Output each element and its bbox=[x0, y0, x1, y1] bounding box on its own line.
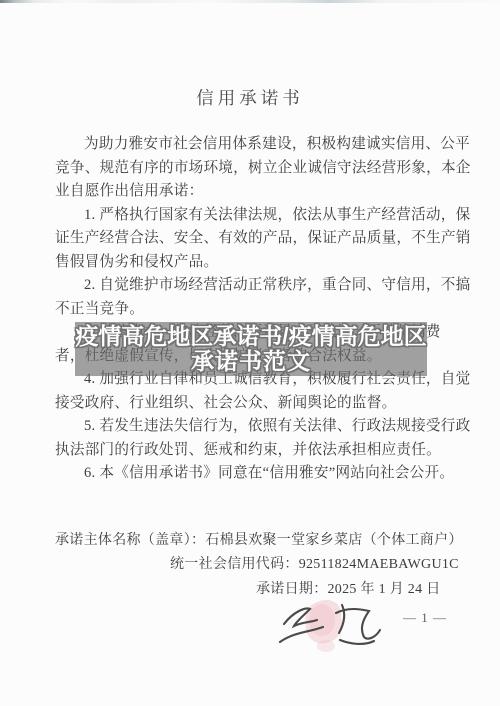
body-line: 证生产经营合法、安全、有效的产品，保证产品质量，不生产销 bbox=[55, 227, 465, 251]
body-line: 执法部门的行政处罚、惩戒和约束，并依法承担相应责任。 bbox=[55, 439, 465, 463]
watermark-banner: 疫情高危地区承诺书/疫情高危地区 承诺书范文 bbox=[75, 322, 427, 376]
seal-smudge bbox=[306, 600, 342, 652]
document-title: 信用承诺书 bbox=[0, 85, 500, 109]
subject-name-line: 承诺主体名称（盖章）：石棉县欢聚一堂家乡菜店（个体工商户） bbox=[55, 529, 465, 553]
watermark-title-line1: 疫情高危地区承诺书/疫情高危地区 bbox=[75, 324, 426, 349]
body-line: 接受政府、行业组织、社会公众、新闻舆论的监督。 bbox=[55, 392, 465, 416]
date-line: 承诺日期：2025 年 1 月 24 日 bbox=[55, 578, 465, 602]
body-line: 售假冒伪劣和侵权产品。 bbox=[55, 251, 465, 275]
document-footer: 承诺主体名称（盖章）：石棉县欢聚一堂家乡菜店（个体工商户） 统一社会信用代码：9… bbox=[55, 529, 465, 602]
body-line: 2. 自觉维护市场经营活动正常秩序，重合同、守信用，不搞 bbox=[55, 274, 465, 298]
handwritten-signature bbox=[276, 596, 391, 658]
page-number: — 1 — bbox=[403, 610, 473, 626]
credit-code-line: 统一社会信用代码：92511824MAEBAWGU1C bbox=[55, 553, 465, 577]
scan-artifact-top-edge bbox=[0, 0, 500, 3]
body-line: 竞争、规范有序的市场环境，树立企业诚信守法经营形象，本企 bbox=[55, 157, 465, 181]
body-line: 1. 严格执行国家有关法律法规，依法从事生产经营活动，保 bbox=[55, 204, 465, 228]
body-line: 5. 若发生违法失信行为，依照有关法律、行政法规接受行政 bbox=[55, 415, 465, 439]
document-body: 为助力雅安市社会信用体系建设，积极构建诚实信用、公平 竞争、规范有序的市场环境，… bbox=[55, 133, 465, 486]
body-line: 为助力雅安市社会信用体系建设，积极构建诚实信用、公平 bbox=[55, 133, 465, 157]
body-line: 6. 本《信用承诺书》同意在“信用雅安”网站向社会公开。 bbox=[55, 462, 465, 486]
watermark-title-line2: 承诺书范文 bbox=[191, 349, 311, 374]
body-line: 业自愿作出信用承诺： bbox=[55, 180, 465, 204]
body-line: 不正当竞争。 bbox=[55, 298, 465, 322]
